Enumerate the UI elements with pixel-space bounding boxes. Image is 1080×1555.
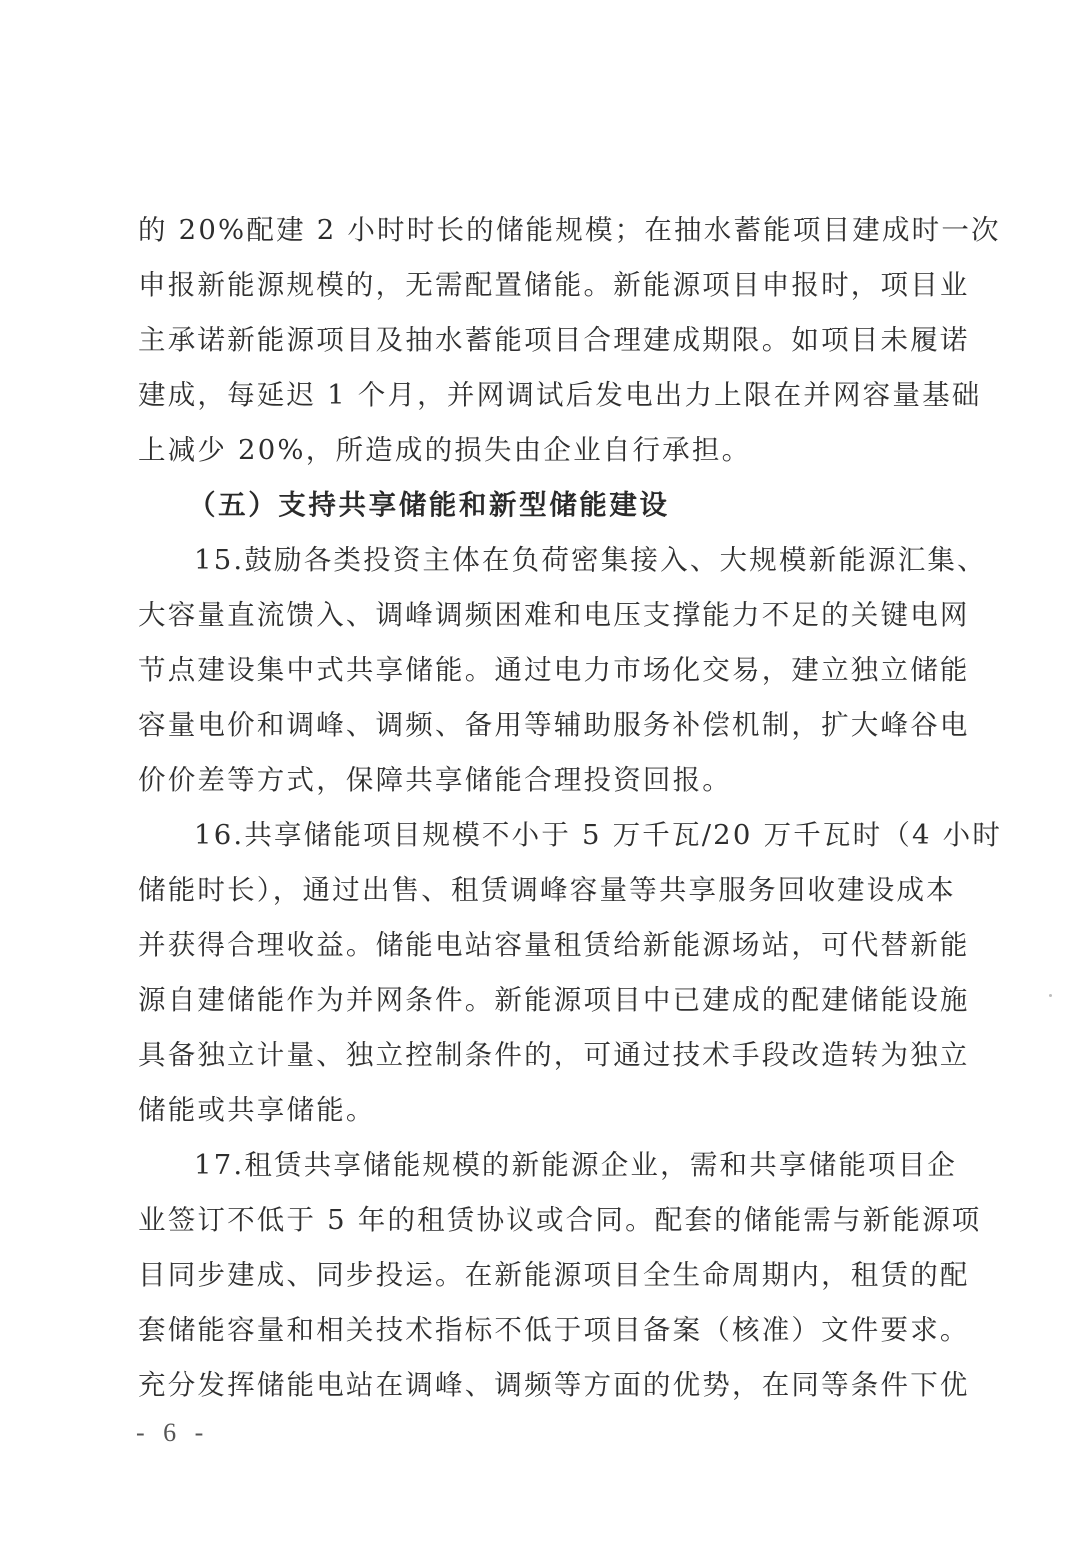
paragraph-15-line: 节点建设集中式共享储能。通过电力市场化交易，建立独立储能 bbox=[138, 652, 950, 688]
paragraph-16-line: 16.共享储能项目规模不小于 5 万千瓦/20 万千瓦时（4 小时 bbox=[194, 817, 950, 853]
page-number: - 6 - bbox=[136, 1418, 209, 1448]
paragraph-17-line: 目同步建成、同步投运。在新能源项目全生命周期内，租赁的配 bbox=[138, 1257, 950, 1293]
text-line: 上减少 20%，所造成的损失由企业自行承担。 bbox=[138, 432, 950, 468]
paragraph-17-line: 17.租赁共享储能规模的新能源企业，需和共享储能项目企 bbox=[194, 1147, 950, 1183]
paragraph-16-line: 具备独立计量、独立控制条件的，可通过技术手段改造转为独立 bbox=[138, 1037, 950, 1073]
scan-speck-decoration bbox=[1049, 994, 1052, 997]
paragraph-17-line: 充分发挥储能电站在调峰、调频等方面的优势，在同等条件下优 bbox=[138, 1367, 950, 1403]
paragraph-15-line: 大容量直流馈入、调峰调频困难和电压支撑能力不足的关键电网 bbox=[138, 597, 950, 633]
paragraph-15-line: 价价差等方式，保障共享储能合理投资回报。 bbox=[138, 762, 950, 798]
paragraph-16-line: 储能或共享储能。 bbox=[138, 1092, 950, 1128]
text-line: 建成，每延迟 1 个月，并网调试后发电出力上限在并网容量基础 bbox=[138, 377, 950, 413]
paragraph-16-line: 并获得合理收益。储能电站容量租赁给新能源场站，可代替新能 bbox=[138, 927, 950, 963]
paragraph-15-line: 15.鼓励各类投资主体在负荷密集接入、大规模新能源汇集、 bbox=[194, 542, 950, 578]
text-line: 申报新能源规模的，无需配置储能。新能源项目申报时，项目业 bbox=[138, 267, 950, 303]
paragraph-17-line: 业签订不低于 5 年的租赁协议或合同。配套的储能需与新能源项 bbox=[138, 1202, 950, 1238]
document-page: 的 20%配建 2 小时时长的储能规模；在抽水蓄能项目建成时一次 申报新能源规模… bbox=[0, 0, 1080, 1555]
text-line: 的 20%配建 2 小时时长的储能规模；在抽水蓄能项目建成时一次 bbox=[138, 212, 950, 248]
paragraph-17-line: 套储能容量和相关技术指标不低于项目备案（核准）文件要求。 bbox=[138, 1312, 950, 1348]
paragraph-16-line: 源自建储能作为并网条件。新能源项目中已建成的配建储能设施 bbox=[138, 982, 950, 1018]
section-heading: （五）支持共享储能和新型储能建设 bbox=[188, 487, 670, 523]
text-line: 主承诺新能源项目及抽水蓄能项目合理建成期限。如项目未履诺 bbox=[138, 322, 950, 358]
paragraph-15-line: 容量电价和调峰、调频、备用等辅助服务补偿机制，扩大峰谷电 bbox=[138, 707, 950, 743]
paragraph-16-line: 储能时长），通过出售、租赁调峰容量等共享服务回收建设成本 bbox=[138, 872, 950, 908]
